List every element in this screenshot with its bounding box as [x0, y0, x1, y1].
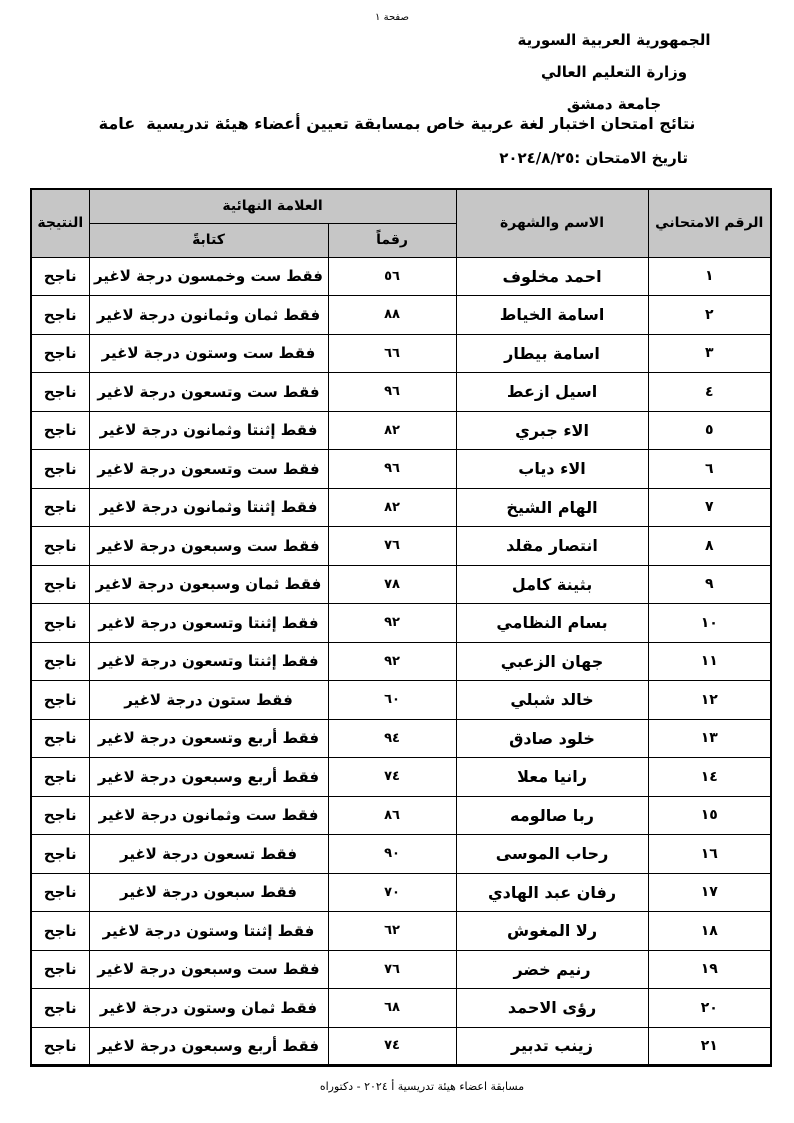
exam-number-cell: ٩ — [648, 565, 771, 604]
grade-written-cell: فقط ست وستون درجة لاغير — [89, 334, 328, 373]
exam-number-cell: ٥ — [648, 411, 771, 450]
grade-numeric-cell: ٦٦ — [328, 334, 456, 373]
result-row: ٨ انتصار مقلد ٧٦ فقط ست وسبعون درجة لاغي… — [31, 527, 771, 566]
grade-written-cell: فقط إثنتا وثمانون درجة لاغير — [89, 411, 328, 450]
name-cell: بسام النظامي — [456, 604, 648, 643]
grade-numeric-cell: ٧٤ — [328, 1027, 456, 1066]
exam-number-cell: ٢ — [648, 296, 771, 335]
result-cell: ناجح — [31, 604, 89, 643]
exam-number-cell: ١٧ — [648, 873, 771, 912]
grade-written-cell: فقط سبعون درجة لاغير — [89, 873, 328, 912]
grade-numeric-cell: ٧٨ — [328, 565, 456, 604]
grade-written-cell: فقط إثنتا وثمانون درجة لاغير — [89, 488, 328, 527]
grade-written-cell: فقط أربع وسبعون درجة لاغير — [89, 758, 328, 797]
grade-numeric-cell: ٥٦ — [328, 257, 456, 296]
name-cell: اسامة الخياط — [456, 296, 648, 335]
result-cell: ناجح — [31, 334, 89, 373]
exam-number-cell: ١ — [648, 257, 771, 296]
name-cell: رحاب الموسى — [456, 835, 648, 874]
result-cell: ناجح — [31, 642, 89, 681]
page-footer: مسابقة اعضاء هيئة تدريسية أ ٢٠٢٤ - دكتور… — [50, 1080, 794, 1093]
result-row: ٣ اسامة بيطار ٦٦ فقط ست وستون درجة لاغير… — [31, 334, 771, 373]
results-table-header: الرقم الامتحاني الاسم والشهرة العلامة ال… — [31, 189, 771, 257]
name-cell: رانيا معلا — [456, 758, 648, 797]
grade-written-cell: فقط ثمان وسبعون درجة لاغير — [89, 565, 328, 604]
grade-written-cell: فقط أربع وسبعون درجة لاغير — [89, 1027, 328, 1066]
grade-numeric-cell: ٩٦ — [328, 450, 456, 489]
exam-number-cell: ٤ — [648, 373, 771, 412]
result-row: ١٠ بسام النظامي ٩٢ فقط إثنتا وتسعون درجة… — [31, 604, 771, 643]
org-header: الجمهورية العربية السورية وزارة التعليم … — [436, 24, 792, 120]
result-row: ١٧ رفان عبد الهادي ٧٠ فقط سبعون درجة لاغ… — [31, 873, 771, 912]
result-row: ٥ الاء جبري ٨٢ فقط إثنتا وثمانون درجة لا… — [31, 411, 771, 450]
document-title: نتائج امتحان اختبار لغة عربية خاص بمسابق… — [20, 114, 774, 133]
exam-number-cell: ٢١ — [648, 1027, 771, 1066]
header-final-grade: العلامة النهائية — [89, 189, 456, 223]
grade-written-cell: فقط ستون درجة لاغير — [89, 681, 328, 720]
result-cell: ناجح — [31, 950, 89, 989]
exam-number-cell: ١٨ — [648, 912, 771, 951]
exam-number-cell: ١١ — [648, 642, 771, 681]
result-row: ٦ الاء دياب ٩٦ فقط ست وتسعون درجة لاغير … — [31, 450, 771, 489]
results-table: الرقم الامتحاني الاسم والشهرة العلامة ال… — [30, 188, 772, 1067]
name-cell: جهان الزعبي — [456, 642, 648, 681]
result-cell: ناجح — [31, 681, 89, 720]
header-result: النتيجة — [31, 189, 89, 257]
grade-numeric-cell: ٩٢ — [328, 604, 456, 643]
result-row: ١٣ خلود صادق ٩٤ فقط أربع وتسعون درجة لاغ… — [31, 719, 771, 758]
name-cell: رنيم خضر — [456, 950, 648, 989]
result-row: ١٨ رلا المغوش ٦٢ فقط إثنتا وستون درجة لا… — [31, 912, 771, 951]
result-cell: ناجح — [31, 565, 89, 604]
header-grade-written: كتابةً — [89, 223, 328, 257]
result-row: ٢٠ رؤى الاحمد ٦٨ فقط ثمان وستون درجة لاغ… — [31, 989, 771, 1028]
name-cell: زينب تدبير — [456, 1027, 648, 1066]
name-cell: رلا المغوش — [456, 912, 648, 951]
grade-numeric-cell: ٩٦ — [328, 373, 456, 412]
exam-number-cell: ١٩ — [648, 950, 771, 989]
page-number-label: صفحة ١ — [0, 12, 784, 23]
grade-numeric-cell: ٨٦ — [328, 796, 456, 835]
result-cell: ناجح — [31, 912, 89, 951]
result-row: ٢١ زينب تدبير ٧٤ فقط أربع وسبعون درجة لا… — [31, 1027, 771, 1066]
result-row: ١٢ خالد شبلي ٦٠ فقط ستون درجة لاغير ناجح — [31, 681, 771, 720]
exam-date: تاريخ الامتحان :٢٠٢٤/٨/٢٥ — [499, 149, 688, 167]
grade-written-cell: فقط ست وسبعون درجة لاغير — [89, 527, 328, 566]
result-cell: ناجح — [31, 873, 89, 912]
result-row: ١٩ رنيم خضر ٧٦ فقط ست وسبعون درجة لاغير … — [31, 950, 771, 989]
result-cell: ناجح — [31, 411, 89, 450]
result-cell: ناجح — [31, 719, 89, 758]
exam-number-cell: ٢٠ — [648, 989, 771, 1028]
grade-numeric-cell: ٧٦ — [328, 950, 456, 989]
result-row: ١٦ رحاب الموسى ٩٠ فقط تسعون درجة لاغير ن… — [31, 835, 771, 874]
result-cell: ناجح — [31, 527, 89, 566]
name-cell: الاء جبري — [456, 411, 648, 450]
result-row: ٢ اسامة الخياط ٨٨ فقط ثمان وثمانون درجة … — [31, 296, 771, 335]
result-cell: ناجح — [31, 989, 89, 1028]
name-cell: رؤى الاحمد — [456, 989, 648, 1028]
exam-number-cell: ٨ — [648, 527, 771, 566]
grade-written-cell: فقط ثمان وستون درجة لاغير — [89, 989, 328, 1028]
name-cell: اسيل ازعط — [456, 373, 648, 412]
result-row: ١٤ رانيا معلا ٧٤ فقط أربع وسبعون درجة لا… — [31, 758, 771, 797]
name-cell: بثينة كامل — [456, 565, 648, 604]
exam-number-cell: ١٢ — [648, 681, 771, 720]
org-line-ministry: وزارة التعليم العالي — [436, 56, 792, 88]
grade-numeric-cell: ٧٠ — [328, 873, 456, 912]
grade-numeric-cell: ٦٢ — [328, 912, 456, 951]
result-cell: ناجح — [31, 450, 89, 489]
result-cell: ناجح — [31, 373, 89, 412]
name-cell: الهام الشيخ — [456, 488, 648, 527]
exam-number-cell: ٧ — [648, 488, 771, 527]
grade-numeric-cell: ٨٨ — [328, 296, 456, 335]
exam-number-cell: ١٦ — [648, 835, 771, 874]
header-grade-numeric: رقماً — [328, 223, 456, 257]
grade-numeric-cell: ٦٠ — [328, 681, 456, 720]
grade-numeric-cell: ٨٢ — [328, 411, 456, 450]
grade-numeric-cell: ٩٤ — [328, 719, 456, 758]
org-line-country: الجمهورية العربية السورية — [436, 24, 792, 56]
grade-numeric-cell: ٩٢ — [328, 642, 456, 681]
grade-written-cell: فقط ست وتسعون درجة لاغير — [89, 373, 328, 412]
grade-written-cell: فقط أربع وتسعون درجة لاغير — [89, 719, 328, 758]
result-row: ١٥ ربا صالومه ٨٦ فقط ست وثمانون درجة لاغ… — [31, 796, 771, 835]
results-table-body: ١ احمد مخلوف ٥٦ فقط ست وخمسون درجة لاغير… — [31, 257, 771, 1066]
name-cell: خلود صادق — [456, 719, 648, 758]
exam-number-cell: ٦ — [648, 450, 771, 489]
exam-number-cell: ١٤ — [648, 758, 771, 797]
result-row: ١ احمد مخلوف ٥٦ فقط ست وخمسون درجة لاغير… — [31, 257, 771, 296]
grade-written-cell: فقط إثنتا وتسعون درجة لاغير — [89, 604, 328, 643]
result-row: ٤ اسيل ازعط ٩٦ فقط ست وتسعون درجة لاغير … — [31, 373, 771, 412]
grade-numeric-cell: ٦٨ — [328, 989, 456, 1028]
exam-number-cell: ٣ — [648, 334, 771, 373]
result-cell: ناجح — [31, 796, 89, 835]
grade-written-cell: فقط تسعون درجة لاغير — [89, 835, 328, 874]
header-exam-number: الرقم الامتحاني — [648, 189, 771, 257]
grade-written-cell: فقط إثنتا وتسعون درجة لاغير — [89, 642, 328, 681]
exam-number-cell: ١٠ — [648, 604, 771, 643]
grade-written-cell: فقط ست وثمانون درجة لاغير — [89, 796, 328, 835]
exam-number-cell: ١٣ — [648, 719, 771, 758]
result-cell: ناجح — [31, 835, 89, 874]
name-cell: الاء دياب — [456, 450, 648, 489]
result-cell: ناجح — [31, 758, 89, 797]
name-cell: احمد مخلوف — [456, 257, 648, 296]
grade-numeric-cell: ٨٢ — [328, 488, 456, 527]
header-name: الاسم والشهرة — [456, 189, 648, 257]
grade-written-cell: فقط إثنتا وستون درجة لاغير — [89, 912, 328, 951]
name-cell: ربا صالومه — [456, 796, 648, 835]
grade-numeric-cell: ٧٤ — [328, 758, 456, 797]
grade-written-cell: فقط ست وتسعون درجة لاغير — [89, 450, 328, 489]
result-row: ١١ جهان الزعبي ٩٢ فقط إثنتا وتسعون درجة … — [31, 642, 771, 681]
grade-written-cell: فقط ست وخمسون درجة لاغير — [89, 257, 328, 296]
grade-numeric-cell: ٧٦ — [328, 527, 456, 566]
grade-written-cell: فقط ست وسبعون درجة لاغير — [89, 950, 328, 989]
name-cell: رفان عبد الهادي — [456, 873, 648, 912]
result-cell: ناجح — [31, 488, 89, 527]
result-cell: ناجح — [31, 296, 89, 335]
result-cell: ناجح — [31, 1027, 89, 1066]
grade-written-cell: فقط ثمان وثمانون درجة لاغير — [89, 296, 328, 335]
exam-number-cell: ١٥ — [648, 796, 771, 835]
result-row: ٧ الهام الشيخ ٨٢ فقط إثنتا وثمانون درجة … — [31, 488, 771, 527]
name-cell: انتصار مقلد — [456, 527, 648, 566]
result-cell: ناجح — [31, 257, 89, 296]
name-cell: خالد شبلي — [456, 681, 648, 720]
name-cell: اسامة بيطار — [456, 334, 648, 373]
result-row: ٩ بثينة كامل ٧٨ فقط ثمان وسبعون درجة لاغ… — [31, 565, 771, 604]
grade-numeric-cell: ٩٠ — [328, 835, 456, 874]
